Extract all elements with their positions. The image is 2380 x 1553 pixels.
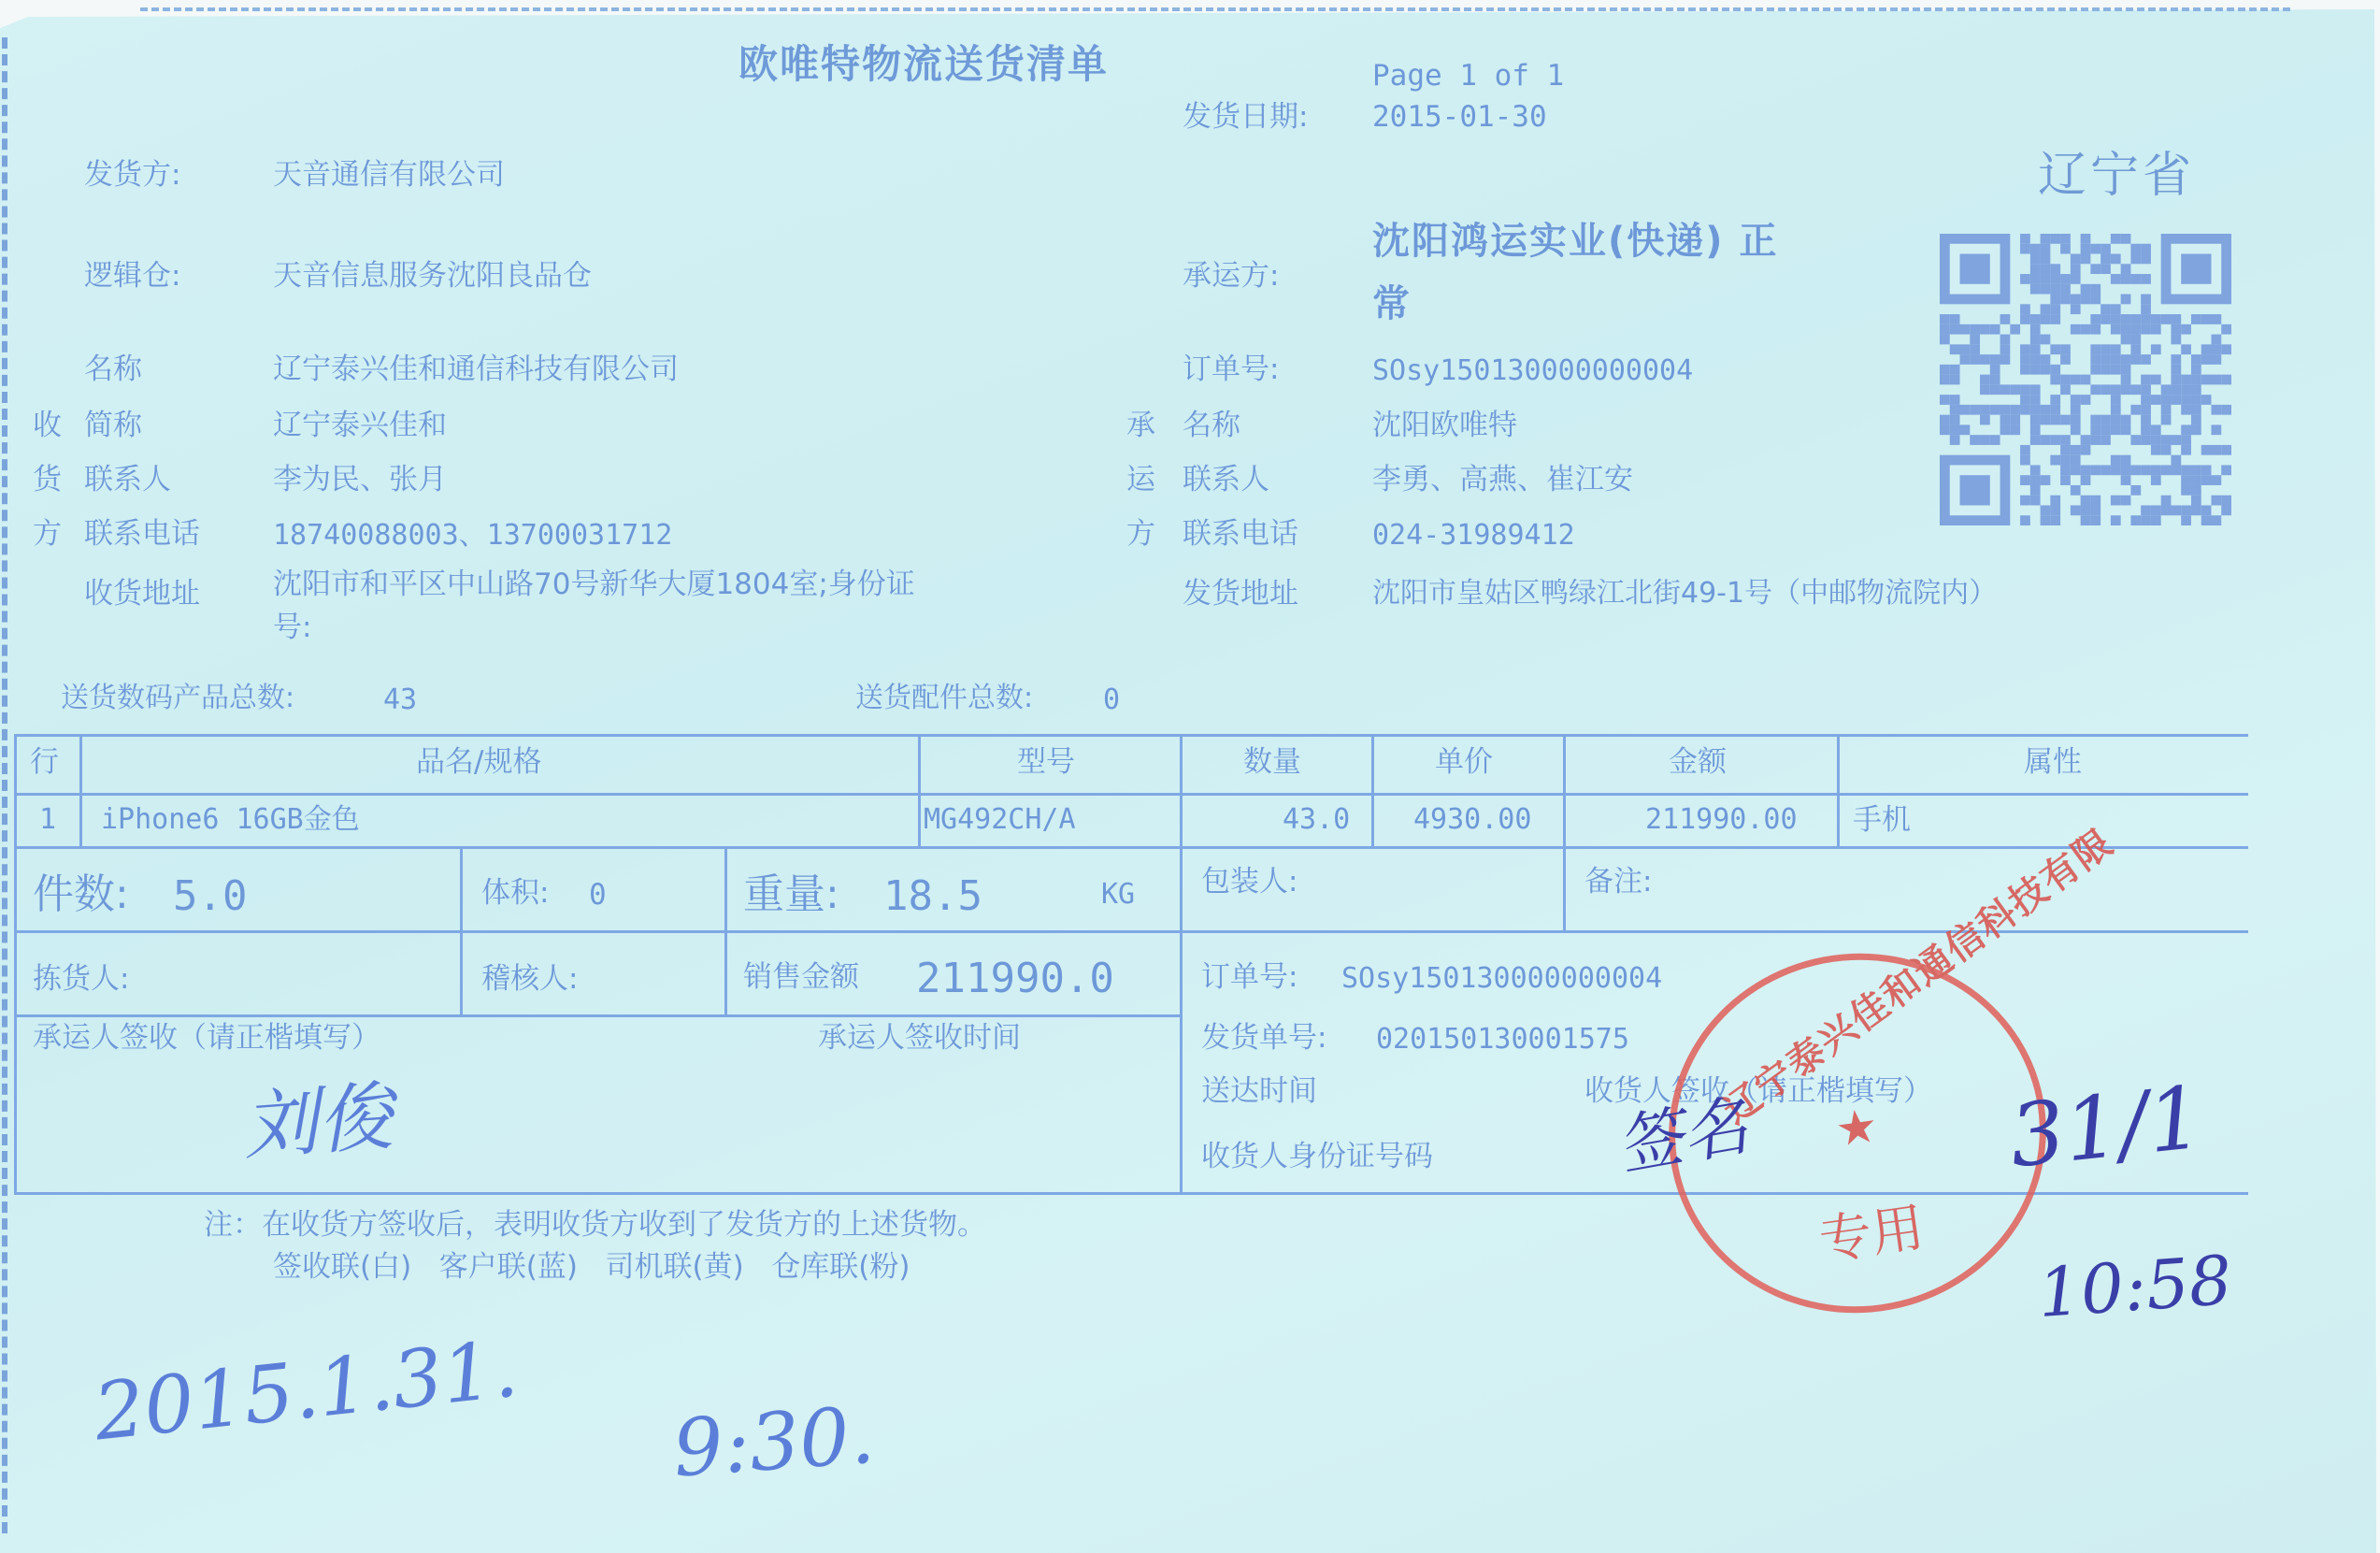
receiver-name-label: 名称: [84, 355, 142, 384]
carrier-phone-label: 联系电话: [1183, 520, 1298, 549]
receiver-side-2: 货: [33, 466, 62, 495]
receiver-handwritten-time: 10:58: [2036, 1246, 2234, 1327]
digital-count: 43: [383, 686, 417, 714]
th-amount: 金额: [1669, 748, 1727, 777]
perforation-left: [2, 37, 7, 1533]
pieces-label: 件数:: [33, 874, 129, 915]
ship-no: 020150130001575: [1376, 1026, 1629, 1054]
th-name: 品名/规格: [416, 748, 541, 777]
col-divider-model: [1180, 734, 1183, 1192]
td-amount: 211990.00: [1645, 806, 1798, 834]
carrier-name: 沈阳欧唯特: [1372, 411, 1517, 440]
checker-label: 稽核人:: [481, 965, 578, 994]
carrier-address: 沈阳市皇姑区鸭绿江北街49-1号（中邮物流院内）: [1372, 580, 1997, 608]
receiver-short: 辽宁泰兴佳和: [273, 411, 447, 440]
carrier-label: 承运方:: [1183, 262, 1279, 291]
table-border-left: [14, 734, 17, 1192]
sign-order-no-label: 订单号:: [1201, 963, 1298, 992]
carrier-sign-time-label: 承运人签收时间: [818, 1024, 1021, 1053]
weight-value: 18.5: [883, 876, 982, 917]
packer-label: 包装人:: [1201, 868, 1298, 897]
td-qty: 43.0: [1283, 806, 1350, 834]
warehouse-label: 逻辑仓:: [84, 262, 180, 291]
pieces-value: 5.0: [173, 876, 247, 917]
td-price: 4930.00: [1413, 806, 1531, 834]
receiver-address-label: 收货地址: [84, 580, 200, 609]
note-line1: 注：在收货方签收后，表明收货方收到了发货方的上述货物。: [204, 1211, 986, 1240]
shipper-value: 天音通信有限公司: [273, 161, 505, 190]
receiver-name: 辽宁泰兴佳和通信科技有限公司: [273, 355, 679, 384]
volume-value: 0: [589, 881, 607, 910]
warehouse-value: 天音信息服务沈阳良品仓: [273, 262, 592, 291]
carrier-address-label: 发货地址: [1183, 580, 1298, 609]
receiver-handwritten-date: 31/1: [2006, 1074, 2207, 1180]
receiver-address-line1: 沈阳市和平区中山路70号新华大厦1804室;身份证: [273, 570, 915, 599]
picker-row-divider: [14, 1014, 1180, 1017]
table-header-divider: [14, 793, 2248, 796]
ship-date-label: 发货日期:: [1183, 103, 1308, 132]
ship-date: 2015-01-30: [1372, 103, 1547, 132]
col-divider-price: [1563, 734, 1566, 930]
volume-label: 体积:: [481, 879, 549, 908]
ship-no-label: 发货单号:: [1201, 1024, 1326, 1053]
th-attribute: 属性: [2024, 748, 2082, 777]
th-price: 单价: [1435, 748, 1493, 777]
carrier-side-2: 运: [1126, 466, 1155, 495]
carrier-side-1: 承: [1126, 411, 1155, 440]
receiver-phone: 18740088003、13700031712: [273, 522, 672, 550]
td-attribute: 手机: [1853, 806, 1911, 835]
td-model: MG492CH/A: [924, 806, 1076, 834]
order-no-value: SOsy150130000000004: [1372, 357, 1693, 385]
carrier-side-3: 方: [1126, 520, 1155, 549]
remarks-label: 备注:: [1584, 868, 1652, 897]
th-qty: 数量: [1243, 748, 1301, 777]
table-row-divider: [14, 846, 2248, 849]
col-divider-weight: [724, 846, 727, 1014]
receiver-address-line2: 号:: [273, 613, 311, 642]
th-model: 型号: [1017, 748, 1075, 777]
note-line2: 签收联(白) 客户联(蓝) 司机联(黄) 仓库联(粉): [273, 1253, 910, 1282]
weight-label: 重量:: [743, 874, 839, 915]
carrier-sign-label: 承运人签收（请正楷填写）: [33, 1024, 380, 1053]
td-line: 1: [39, 806, 56, 834]
carrier-value-line1: 沈阳鸿运实业(快递) 正: [1372, 223, 1779, 260]
carrier-phone: 024-31989412: [1372, 522, 1575, 550]
document-title: 欧唯特物流送货清单: [738, 45, 1109, 84]
col-divider-amount: [1837, 734, 1840, 846]
summary-divider: [14, 930, 2248, 933]
receiver-short-label: 简称: [84, 411, 142, 440]
accessory-count: 0: [1103, 686, 1120, 714]
page-info: Page 1 of 1: [1372, 62, 1564, 91]
col-divider-volume: [460, 846, 463, 1014]
province-label: 辽宁省: [2038, 151, 2195, 200]
th-line: 行: [30, 748, 59, 777]
shipper-label: 发货方:: [84, 161, 180, 190]
receiver-contact: 李为民、张月: [273, 466, 447, 495]
carrier-contact: 李勇、高燕、崔江安: [1372, 466, 1633, 495]
col-divider-qty: [1371, 734, 1374, 846]
col-divider-line: [79, 734, 82, 846]
receiver-contact-label: 联系人: [84, 466, 171, 495]
seal-star-icon: ★: [1825, 1097, 1887, 1158]
carrier-value-line2: 常: [1372, 285, 1410, 323]
receiver-id-label: 收货人身份证号码: [1201, 1143, 1433, 1172]
picker-label: 拣货人:: [33, 965, 129, 994]
receiver-phone-label: 联系电话: [84, 520, 200, 549]
handwritten-time: 9:30.: [670, 1396, 877, 1488]
sales-amount-value: 211990.0: [916, 958, 1114, 999]
weight-unit: KG: [1101, 881, 1135, 909]
order-no-label: 订单号:: [1183, 355, 1279, 384]
td-name: iPhone6 16GB金色: [101, 806, 360, 834]
carrier-signature: 刘俊: [240, 1080, 394, 1165]
carrier-name-label: 名称: [1183, 411, 1240, 440]
sign-order-no: SOsy150130000000004: [1341, 965, 1662, 993]
receiver-side-3: 方: [33, 520, 62, 549]
digital-count-label: 送货数码产品总数:: [61, 684, 294, 712]
carrier-contact-label: 联系人: [1183, 466, 1269, 495]
table-border-top: [14, 734, 2248, 737]
sales-amount-label: 销售金额: [743, 963, 859, 992]
accessory-count-label: 送货配件总数:: [855, 684, 1033, 712]
col-divider-name: [918, 734, 921, 846]
receiver-side-1: 收: [33, 411, 62, 440]
perforation-top: [140, 7, 2290, 11]
delivery-time-label: 送达时间: [1201, 1077, 1317, 1106]
qr-code-icon: [1940, 234, 2231, 525]
